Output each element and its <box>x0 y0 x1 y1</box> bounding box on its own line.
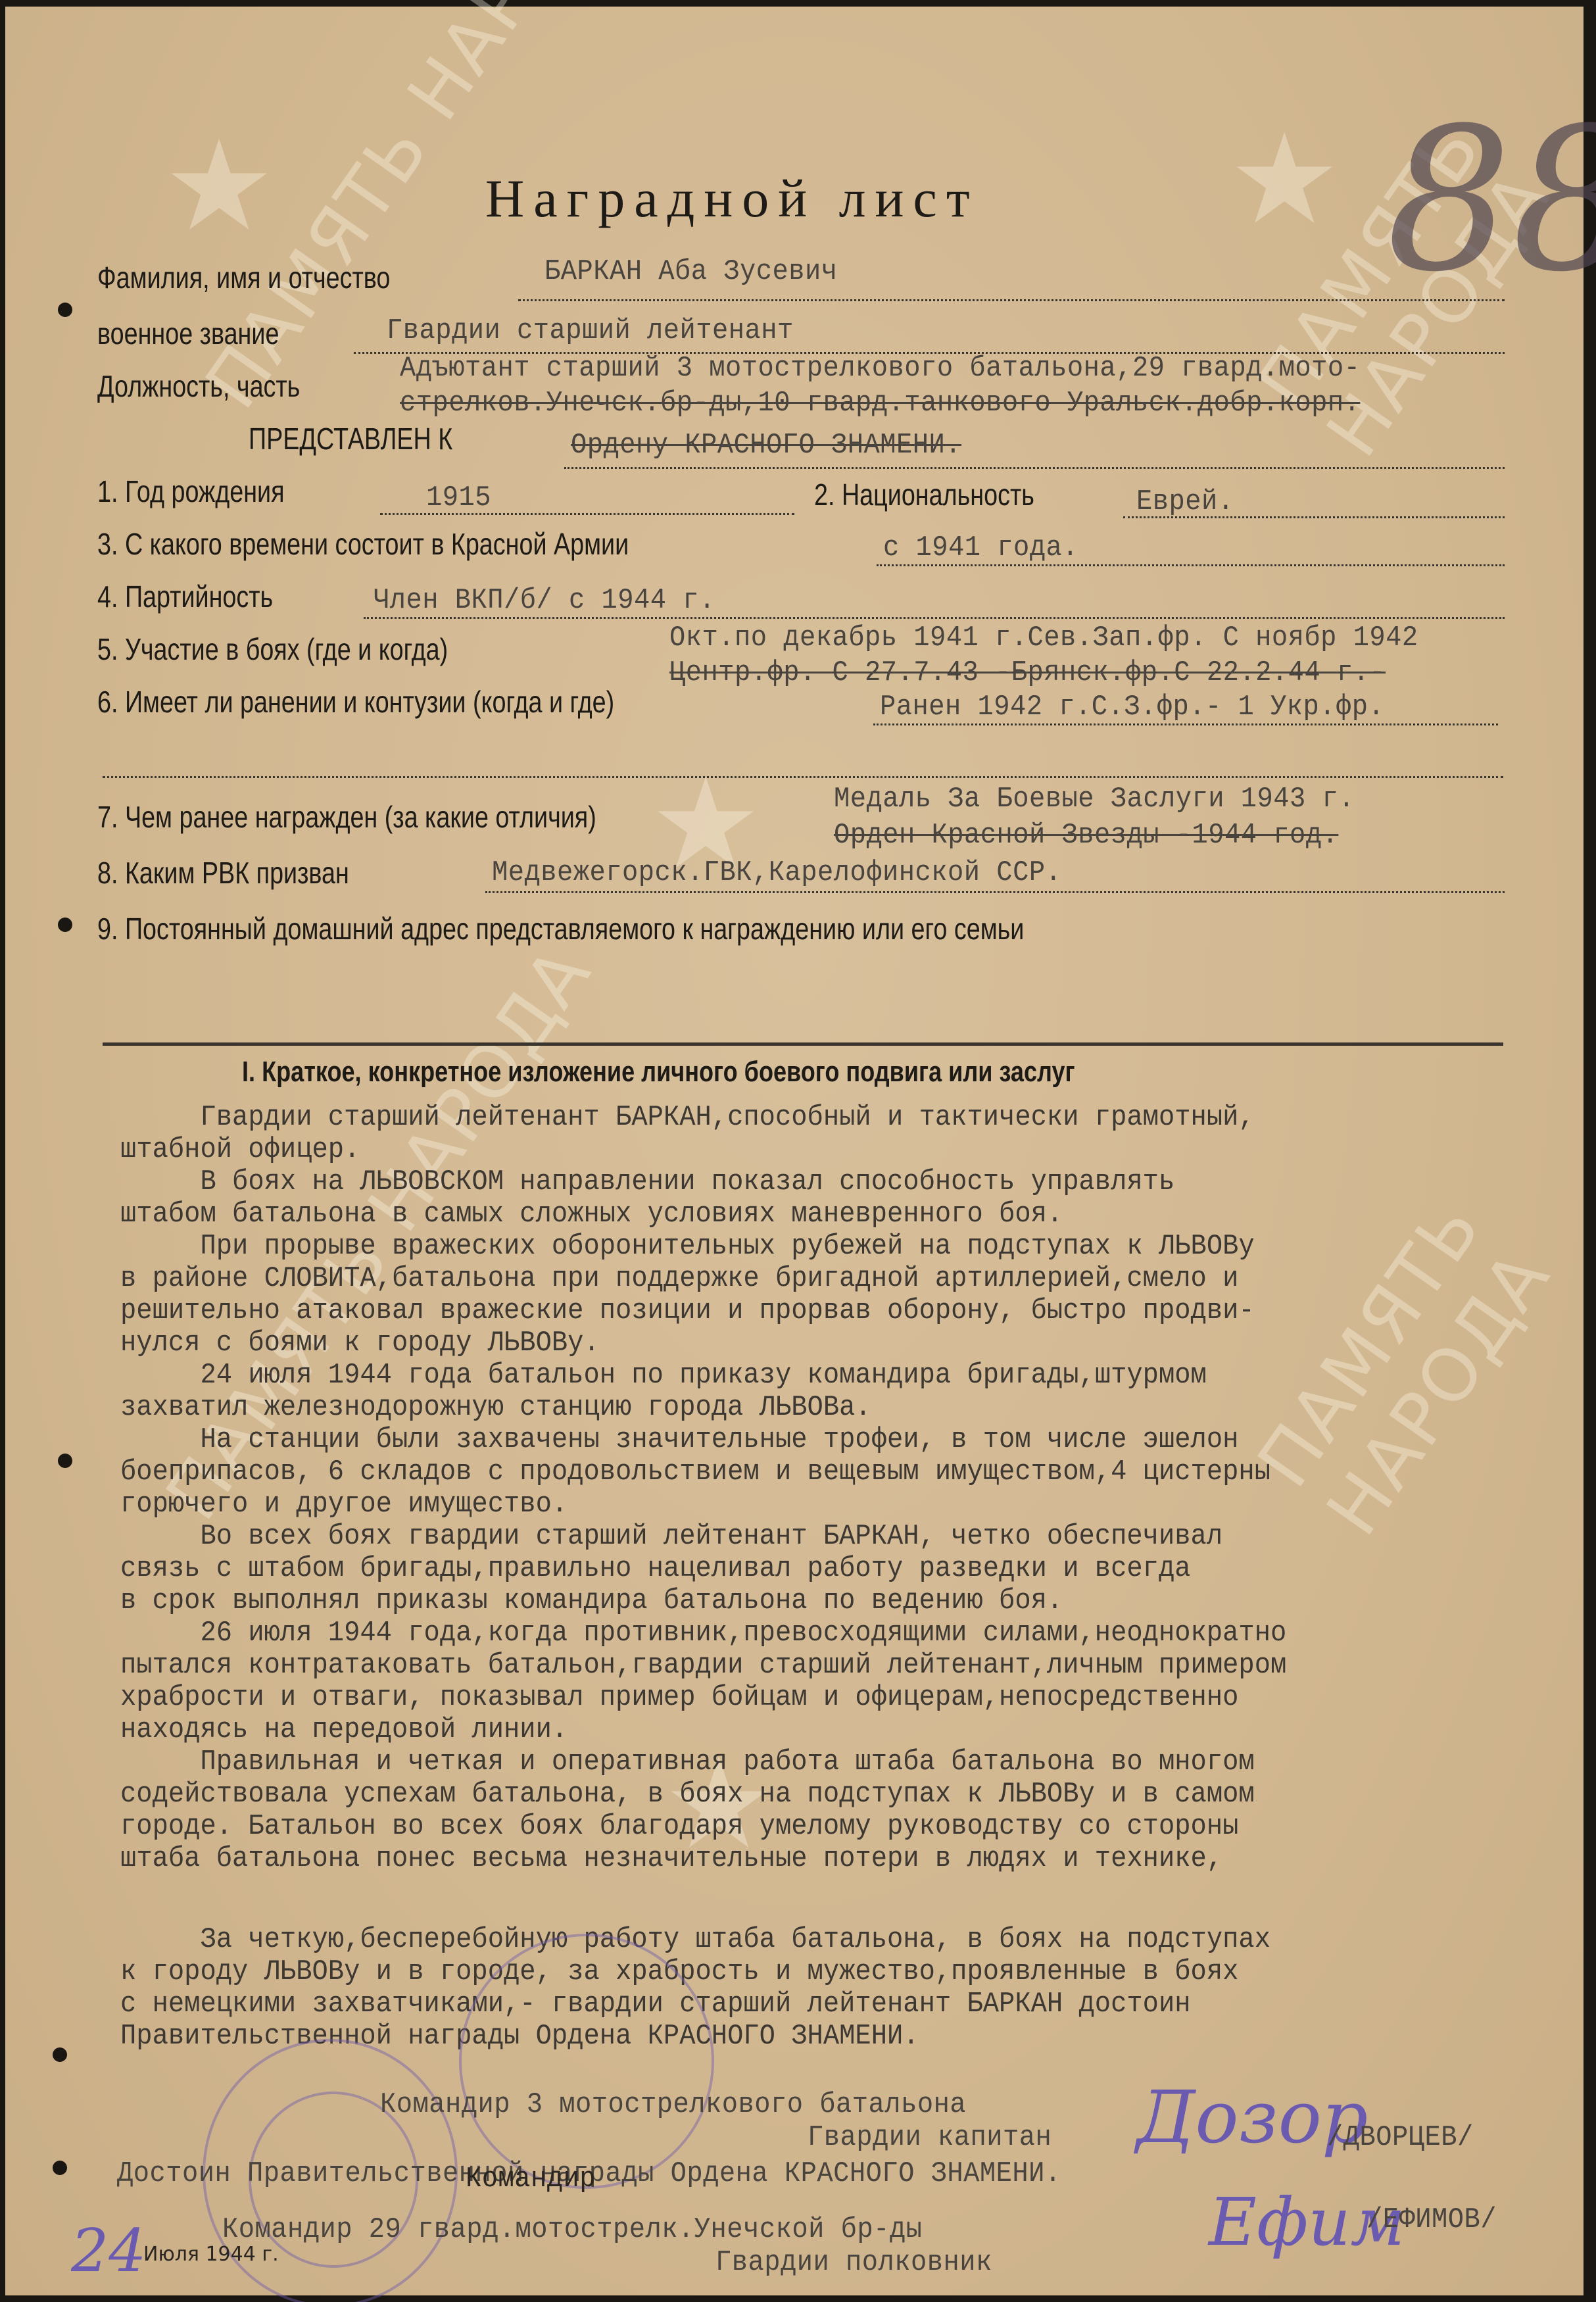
name-value: БАРКАН Аба Зусевич <box>544 255 838 288</box>
battles-label: 5. Участие в боях (где и когда) <box>97 631 448 667</box>
archive-number: 88 <box>1386 86 1596 315</box>
watermark-star-icon: ★ <box>163 125 275 250</box>
brigade-commander-rank: Гвардии полковник <box>715 2246 992 2279</box>
date-month-year: Июля 1944 г. <box>143 2243 279 2266</box>
position-value-line1: Адъютант старший 3 мотострелкового батал… <box>400 352 1360 385</box>
endorsement-overlay: Командир <box>466 2163 596 2195</box>
nationality-label: 2. Национальность <box>814 477 1034 512</box>
punch-hole <box>58 303 72 317</box>
battalion-commander-rank: Гвардии капитан <box>808 2121 1052 2154</box>
punch-hole <box>53 2161 67 2175</box>
birth-year-value: 1915 <box>426 481 491 514</box>
birth-year-label: 1. Год рождения <box>97 474 285 509</box>
page-title: Наградной лист <box>485 168 979 230</box>
party-label: 4. Партийность <box>97 579 273 614</box>
wounds-underline <box>873 723 1498 725</box>
rvk-label: 8. Каким РВК призван <box>97 855 349 891</box>
wounds-extra-line <box>103 776 1503 778</box>
address-label: 9. Постоянный домашний адрес представляе… <box>97 911 1024 946</box>
awards-label: 7. Чем ранее награжден (за какие отличия… <box>97 799 596 835</box>
punch-hole <box>53 2047 67 2062</box>
rank-label: военное звание <box>97 316 279 351</box>
birth-year-underline <box>380 513 794 515</box>
official-stamp <box>459 1934 714 2189</box>
rvk-value: Медвежегорск.ГВК,Карелофинской ССР. <box>492 856 1061 889</box>
wounds-value: Ранен 1942 г.С.З.фр.- 1 Укр.фр. <box>880 691 1384 723</box>
battles-value-line1: Окт.по декабрь 1941 г.Сев.Зап.фр. С нояб… <box>669 622 1418 654</box>
name-underline <box>518 299 1505 301</box>
position-value-line2: стрелков.Унечск.бр-ды,10 гвард.танкового… <box>400 387 1360 420</box>
nationality-underline <box>1123 516 1505 518</box>
nationality-value: Еврей. <box>1136 485 1234 518</box>
award-sheet: ★ ПАМЯТЬ НАРОДА ★ ПАМЯТЬ НАРОДА ★ ПАМЯТЬ… <box>5 7 1584 2295</box>
army-since-underline <box>877 564 1505 566</box>
brigade-commander-title: Командир 29 гвард.мотострелк.Унечской бр… <box>222 2213 922 2246</box>
brigade-commander-name: /ЕФИМОВ/ <box>1366 2203 1497 2236</box>
battalion-commander-title: Командир 3 мотострелкового батальона <box>380 2088 966 2121</box>
rank-value: Гвардии старший лейтенант <box>387 314 794 347</box>
wounds-label: 6. Имеет ли ранении и контузии (когда и … <box>97 684 614 720</box>
awards-value-line2: Орден Красной Звезды -1944 год. <box>834 819 1338 852</box>
battles-value-line2: Центр.фр. С 27.7.43 -Брянск.фр.С 22.2.44… <box>669 656 1386 689</box>
nominated-label: ПРЕДСТАВЛЕН К <box>249 421 452 456</box>
army-since-value: с 1941 года. <box>883 531 1078 564</box>
punch-hole <box>58 1454 72 1468</box>
conclusion-text: За четкую,бесперебойную работу штаба бат… <box>120 1924 1391 2053</box>
party-value: Член ВКП/б/ с 1944 г. <box>374 584 715 617</box>
watermark-star-icon: ★ <box>1228 118 1340 243</box>
battalion-commander-name: /ДВОРЦЕВ/ <box>1327 2121 1474 2154</box>
section-divider <box>103 1042 1503 1046</box>
name-label: Фамилия, имя и отчество <box>97 260 390 295</box>
party-underline <box>364 617 1505 619</box>
date-day: 24 <box>71 2216 147 2286</box>
narrative-text: Гвардии старший лейтенант БАРКАН,способн… <box>120 1102 1391 1875</box>
section-heading: I. Краткое, конкретное изложение личного… <box>242 1056 1075 1089</box>
nominated-underline <box>564 467 1505 469</box>
position-label: Должность, часть <box>97 368 300 404</box>
awards-value-line1: Медаль За Боевые Заслуги 1943 г. <box>834 783 1355 816</box>
army-since-label: 3. С какого времени состоит в Красной Ар… <box>97 526 629 562</box>
rvk-underline <box>485 891 1505 893</box>
punch-hole <box>58 918 72 932</box>
nominated-value: Ордену КРАСНОГО ЗНАМЕНИ. <box>571 429 961 462</box>
